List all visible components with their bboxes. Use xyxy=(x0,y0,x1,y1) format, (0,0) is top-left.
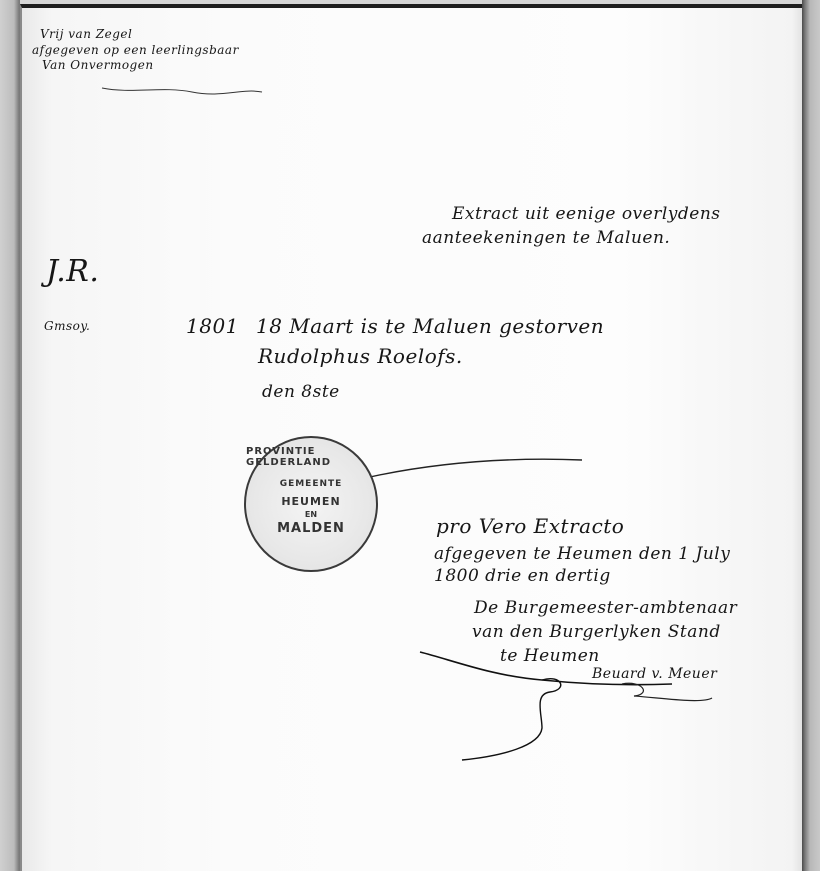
certification-line-5: van den Burgerlyken Stand xyxy=(472,622,721,642)
entry-year: 1801 xyxy=(186,314,239,338)
initials: J.R. xyxy=(46,256,99,288)
certification-line-6: te Heumen xyxy=(500,646,600,666)
title-line-1: Extract uit eenige overlydens xyxy=(452,204,721,224)
certification-line-4: De Burgemeester-ambtenaar xyxy=(474,598,737,618)
document-page: Vrij van Zegel afgegeven op een leerling… xyxy=(20,4,806,871)
stamp-arc-text: PROVINTIE GELDERLAND xyxy=(246,446,376,468)
certification-line-2: afgegeven te Heumen den 1 July xyxy=(434,544,730,564)
entry-line-2: Rudolphus Roelofs. xyxy=(258,344,463,368)
page-right-edge xyxy=(802,0,820,871)
title-line-2: aanteekeningen te Maluen. xyxy=(422,228,670,248)
stamp-line-2: HEUMEN xyxy=(281,495,340,508)
signature-flourish-tail xyxy=(462,679,561,760)
certification-line-3: 1800 drie en dertig xyxy=(434,566,611,586)
header-note-line-1: Vrij van Zegel xyxy=(40,28,132,41)
signature-flourish-loop xyxy=(622,683,712,700)
signature: Beuard v. Meuer xyxy=(592,668,717,681)
header-note-line-3: Van Onvermogen xyxy=(42,59,154,72)
page-left-edge xyxy=(0,0,20,871)
entry-line-3: den 8ste xyxy=(262,382,340,402)
entry-line-1: 18 Maart is te Maluen gestorven xyxy=(256,314,604,338)
stamp-line-4: MALDEN xyxy=(277,521,345,536)
header-note-line-2: afgegeven op een leerlingsbaar xyxy=(32,44,239,57)
pen-flourishes xyxy=(22,8,806,871)
municipal-stamp: PROVINTIE GELDERLAND GEMEENTE HEUMEN EN … xyxy=(244,436,378,572)
stamp-flourish xyxy=(340,459,582,484)
header-flourish xyxy=(102,88,262,94)
margin-note: Gmsoy. xyxy=(44,320,90,333)
stamp-line-1: GEMEENTE xyxy=(280,479,343,489)
certification-line-1: pro Vero Extracto xyxy=(436,514,624,538)
stamp-line-3: EN xyxy=(305,510,317,519)
